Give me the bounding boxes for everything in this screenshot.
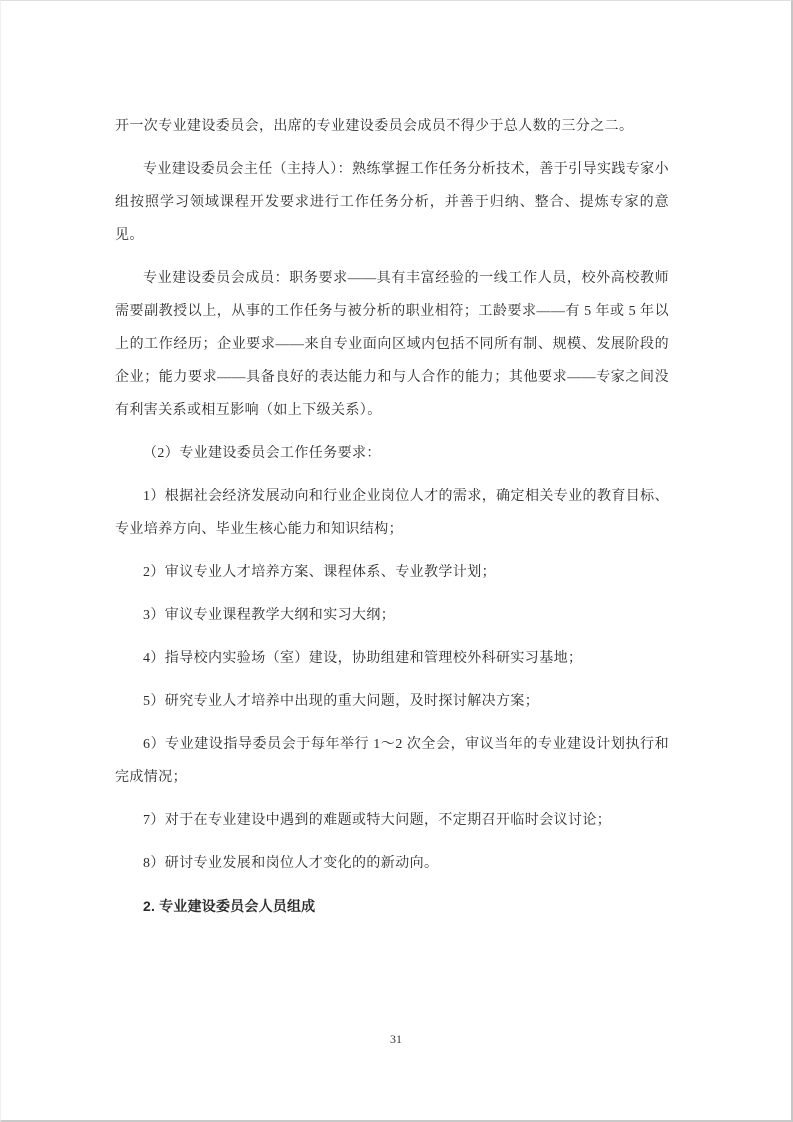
paragraph: 专业建设委员会主任（主持人）：熟练掌握工作任务分析技术，善于引导实践专家小组按照… [115, 153, 669, 252]
paragraph: 6）专业建设指导委员会于每年举行 1～2 次全会，审议当年的专业建设计划执行和完… [115, 728, 669, 794]
paragraph: 开一次专业建设委员会，出席的专业建设委员会成员不得少于总人数的三分之二。 [115, 110, 669, 143]
paragraph: 8）研讨专业发展和岗位人才变化的的新动向。 [115, 847, 669, 880]
document-body: 开一次专业建设委员会，出席的专业建设委员会成员不得少于总人数的三分之二。专业建设… [115, 110, 669, 933]
paragraph: 2）审议专业人才培养方案、课程体系、专业教学计划； [115, 556, 669, 589]
page-number: 31 [1, 1032, 791, 1047]
paragraph: 专业建设委员会成员：职务要求——具有丰富经验的一线工作人员，校外高校教师需要副教… [115, 262, 669, 427]
paragraph: 4）指导校内实验场（室）建设，协助组建和管理校外科研实习基地； [115, 642, 669, 675]
paragraph: （2）专业建设委员会工作任务要求： [115, 437, 669, 470]
paragraph: 1）根据社会经济发展动向和行业企业岗位人才的需求，确定相关专业的教育目标、专业培… [115, 480, 669, 546]
document-page: 开一次专业建设委员会，出席的专业建设委员会成员不得少于总人数的三分之二。专业建设… [0, 0, 793, 1122]
paragraph: 7）对于在专业建设中遇到的难题或特大问题，不定期召开临时会议讨论； [115, 804, 669, 837]
paragraph: 3）审议专业课程教学大纲和实习大纲； [115, 599, 669, 632]
paragraph: 5）研究专业人才培养中出现的重大问题，及时探讨解决方案； [115, 685, 669, 718]
section-heading: 2. 专业建设委员会人员组成 [115, 890, 669, 923]
